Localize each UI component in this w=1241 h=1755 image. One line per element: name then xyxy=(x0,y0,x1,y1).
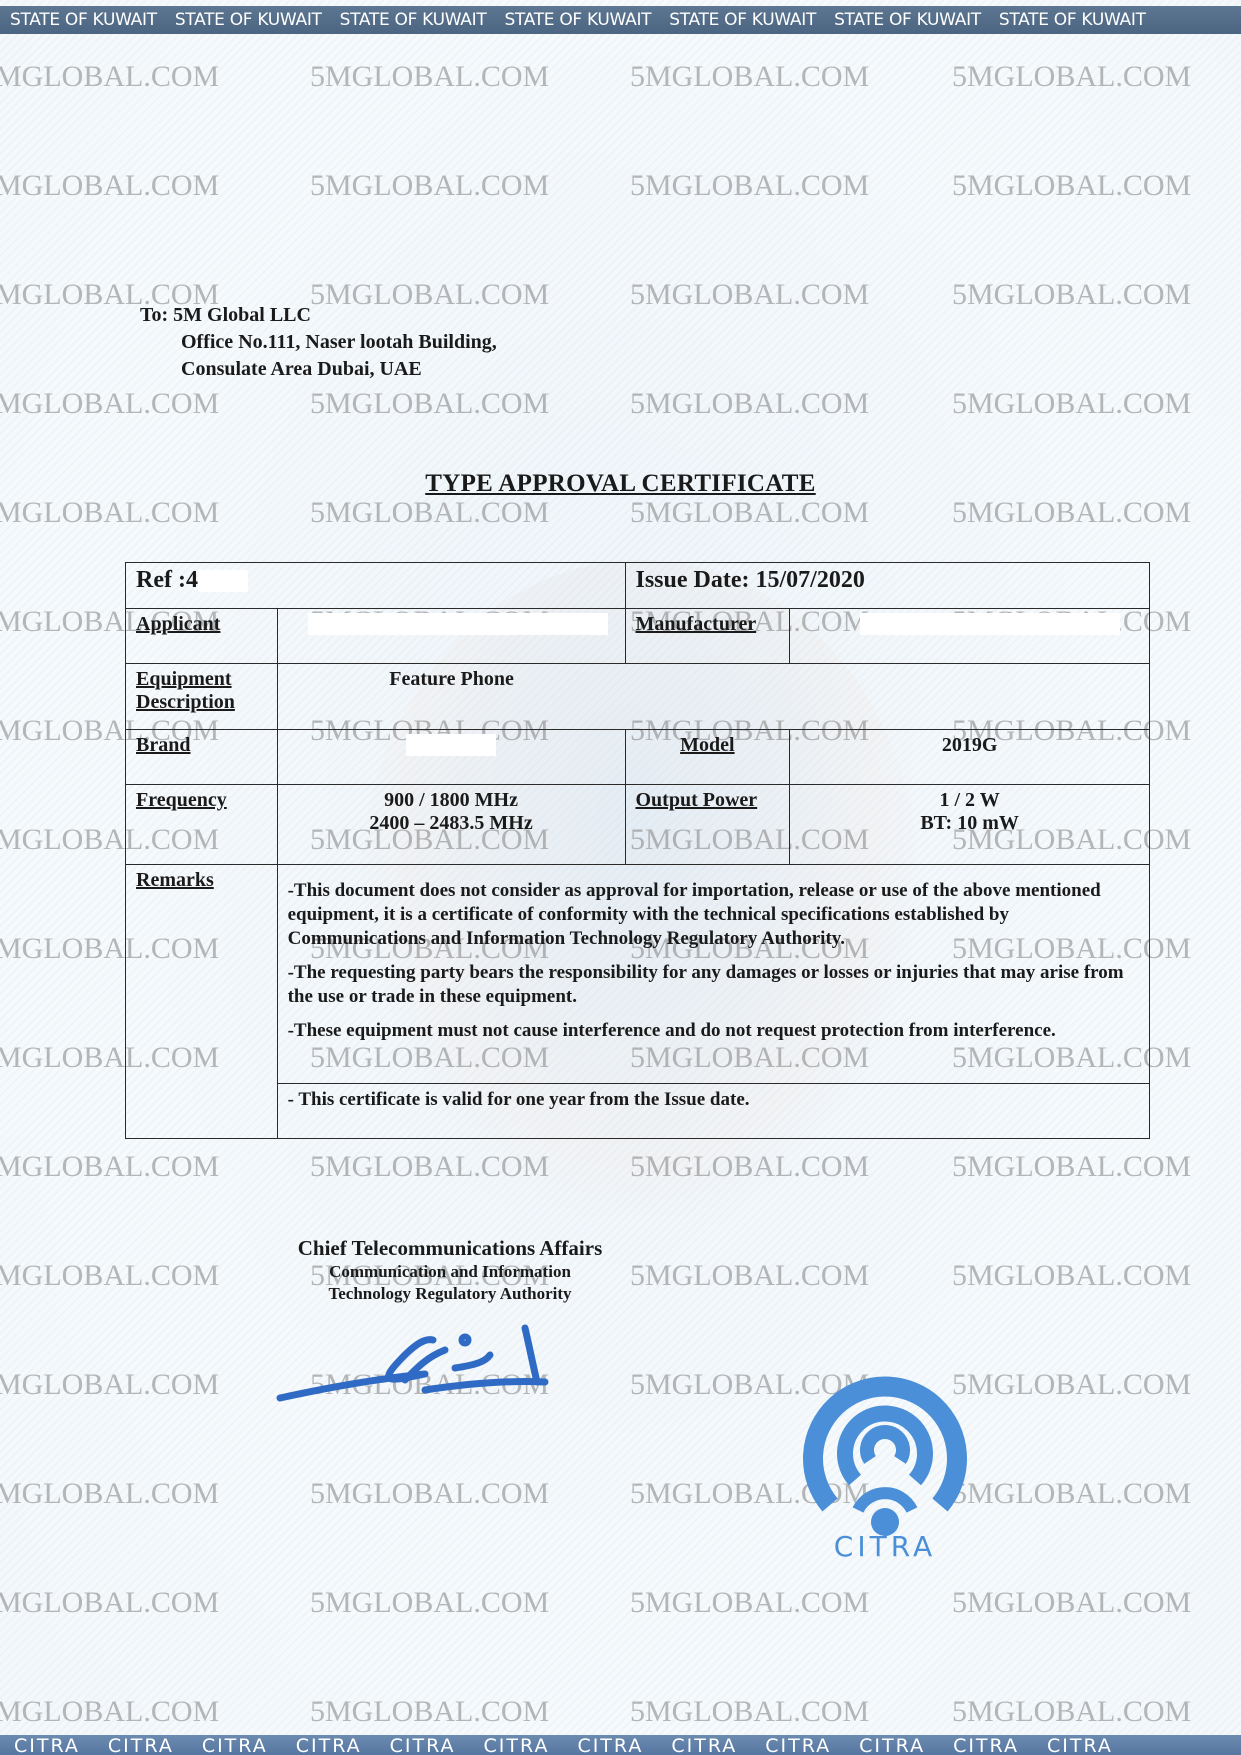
band-text-state-of-kuwait: STATE OF KUWAIT xyxy=(834,10,981,30)
watermark-text: 5MGLOBAL.COM xyxy=(630,1586,869,1620)
band-text-citra: CITRA xyxy=(577,1735,643,1755)
watermark-text: 5MGLOBAL.COM xyxy=(630,387,869,421)
remark-2: -The requesting party bears the responsi… xyxy=(288,961,1139,1009)
watermark-text: 5MGLOBAL.COM xyxy=(952,496,1191,530)
watermark-text: 5MGLOBAL.COM xyxy=(952,278,1191,312)
watermark-text: 5MGLOBAL.COM xyxy=(952,387,1191,421)
band-text-citra: CITRA xyxy=(1047,1735,1113,1755)
brand-model-row: Brand Model 2019G xyxy=(126,730,1150,785)
watermark-text: 5MGLOBAL.COM xyxy=(0,1150,219,1184)
band-text-citra: CITRA xyxy=(202,1735,268,1755)
manufacturer-redacted xyxy=(860,613,1120,635)
watermark-text: 5MGLOBAL.COM xyxy=(310,169,549,203)
remarks-row: Remarks -This document does not consider… xyxy=(126,865,1150,1084)
band-text-state-of-kuwait: STATE OF KUWAIT xyxy=(10,10,157,30)
redaction-mark xyxy=(198,570,248,592)
signatory-title: Chief Telecommunications Affairs xyxy=(260,1236,640,1261)
band-text-state-of-kuwait: STATE OF KUWAIT xyxy=(175,10,322,30)
watermark-text: 5MGLOBAL.COM xyxy=(0,1368,219,1402)
watermark-text: 5MGLOBAL.COM xyxy=(310,1477,549,1511)
ref-value: 4 xyxy=(186,567,198,593)
model-value: 2019G xyxy=(790,730,1150,785)
frequency-value-2: 2400 – 2483.5 MHz xyxy=(288,812,615,835)
watermark-text: 5MGLOBAL.COM xyxy=(630,1150,869,1184)
watermark-text: 5MGLOBAL.COM xyxy=(310,60,549,94)
band-text-citra: CITRA xyxy=(296,1735,362,1755)
frequency-power-row: Frequency 900 / 1800 MHz 2400 – 2483.5 M… xyxy=(126,785,1150,865)
ref-label: Ref : xyxy=(136,567,186,593)
watermark-text: 5MGLOBAL.COM xyxy=(310,1695,549,1729)
watermark-text: 5MGLOBAL.COM xyxy=(630,496,869,530)
issue-date-label: Issue Date: xyxy=(636,567,750,593)
document-title: TYPE APPROVAL CERTIFICATE xyxy=(0,470,1241,498)
band-text-citra: CITRA xyxy=(484,1735,550,1755)
validity-row: - This certificate is valid for one year… xyxy=(126,1084,1150,1139)
watermark-text: 5MGLOBAL.COM xyxy=(952,1695,1191,1729)
output-power-label: Output Power xyxy=(636,789,758,811)
watermark-text: 5MGLOBAL.COM xyxy=(952,1586,1191,1620)
signature-icon xyxy=(275,1320,555,1410)
frequency-label: Frequency xyxy=(136,789,227,811)
addressee-line-2: Office No.111, Naser lootah Building, xyxy=(140,329,497,356)
band-text-citra: CITRA xyxy=(671,1735,737,1755)
band-text-state-of-kuwait: STATE OF KUWAIT xyxy=(669,10,816,30)
watermark-text: 5MGLOBAL.COM xyxy=(310,496,549,530)
applicant-redacted xyxy=(308,613,608,635)
remark-3: -These equipment must not cause interfer… xyxy=(288,1019,1139,1043)
issue-date-cell: Issue Date: 15/07/2020 xyxy=(625,563,1150,609)
applicant-row: Applicant Manufacturer xyxy=(126,609,1150,664)
band-text-citra: CITRA xyxy=(953,1735,1019,1755)
brand-redacted xyxy=(406,734,496,756)
equipment-value: Feature Phone xyxy=(288,668,616,691)
band-text-state-of-kuwait: STATE OF KUWAIT xyxy=(504,10,651,30)
watermark-text: 5MGLOBAL.COM xyxy=(630,1259,869,1293)
watermark-text: 5MGLOBAL.COM xyxy=(952,1150,1191,1184)
band-text-state-of-kuwait: STATE OF KUWAIT xyxy=(999,10,1146,30)
watermark-text: 5MGLOBAL.COM xyxy=(310,387,549,421)
header-band-state-of-kuwait: STATE OF KUWAITSTATE OF KUWAITSTATE OF K… xyxy=(0,6,1241,34)
addressee-line-1: To: 5M Global LLC xyxy=(140,302,497,329)
ref-cell: Ref :4 xyxy=(126,563,626,609)
watermark-text: 5MGLOBAL.COM xyxy=(0,387,219,421)
watermark-text: 5MGLOBAL.COM xyxy=(310,1586,549,1620)
band-text-state-of-kuwait: STATE OF KUWAIT xyxy=(340,10,487,30)
signatory-org-line-1: Communication and Information xyxy=(260,1261,640,1283)
watermark-text: 5MGLOBAL.COM xyxy=(0,1695,219,1729)
equipment-row: Equipment Description Feature Phone xyxy=(126,664,1150,730)
remark-1: -This document does not consider as appr… xyxy=(288,879,1139,951)
watermark-text: 5MGLOBAL.COM xyxy=(0,1586,219,1620)
certificate-table: Ref :4 Issue Date: 15/07/2020 Applicant … xyxy=(125,562,1150,1139)
watermark-text: 5MGLOBAL.COM xyxy=(0,169,219,203)
signatory-org-line-2: Technology Regulatory Authority xyxy=(260,1283,640,1305)
watermark-text: 5MGLOBAL.COM xyxy=(630,1695,869,1729)
watermark-text: 5MGLOBAL.COM xyxy=(0,60,219,94)
signatory-block: Chief Telecommunications Affairs Communi… xyxy=(260,1236,640,1305)
addressee-line-3: Consulate Area Dubai, UAE xyxy=(140,356,497,383)
watermark-text: 5MGLOBAL.COM xyxy=(0,1477,219,1511)
watermark-text: 5MGLOBAL.COM xyxy=(630,60,869,94)
watermark-text: 5MGLOBAL.COM xyxy=(952,1477,1191,1511)
validity-note: - This certificate is valid for one year… xyxy=(288,1088,1139,1112)
issue-date-value: 15/07/2020 xyxy=(756,567,865,593)
footer-band-citra: CITRACITRACITRACITRACITRACITRACITRACITRA… xyxy=(0,1735,1241,1755)
watermark-text: 5MGLOBAL.COM xyxy=(952,1259,1191,1293)
watermark-text: 5MGLOBAL.COM xyxy=(310,1150,549,1184)
manufacturer-label: Manufacturer xyxy=(636,613,757,635)
watermark-text: 5MGLOBAL.COM xyxy=(952,60,1191,94)
watermark-text: 5MGLOBAL.COM xyxy=(0,1259,219,1293)
band-text-citra: CITRA xyxy=(859,1735,925,1755)
addressee-block: To: 5M Global LLC Office No.111, Naser l… xyxy=(140,302,497,383)
band-text-citra: CITRA xyxy=(390,1735,456,1755)
output-power-value-2: BT: 10 mW xyxy=(800,812,1139,835)
watermark-text: 5MGLOBAL.COM xyxy=(630,278,869,312)
watermark-text: 5MGLOBAL.COM xyxy=(952,169,1191,203)
band-text-citra: CITRA xyxy=(108,1735,174,1755)
band-text-citra: CITRA xyxy=(765,1735,831,1755)
equipment-label-1: Equipment xyxy=(136,668,267,691)
watermark-text: 5MGLOBAL.COM xyxy=(630,169,869,203)
applicant-label: Applicant xyxy=(136,613,220,635)
band-text-citra: CITRA xyxy=(14,1735,80,1755)
output-power-value-1: 1 / 2 W xyxy=(800,789,1139,812)
model-label: Model xyxy=(680,734,734,756)
brand-label: Brand xyxy=(136,734,190,756)
citra-logo-text: CITRA xyxy=(800,1530,970,1563)
remarks-label: Remarks xyxy=(136,869,214,891)
ref-row: Ref :4 Issue Date: 15/07/2020 xyxy=(126,563,1150,609)
watermark-text: 5MGLOBAL.COM xyxy=(952,1368,1191,1402)
frequency-value-1: 900 / 1800 MHz xyxy=(288,789,615,812)
equipment-label-2: Description xyxy=(136,691,267,714)
watermark-text: 5MGLOBAL.COM xyxy=(0,496,219,530)
